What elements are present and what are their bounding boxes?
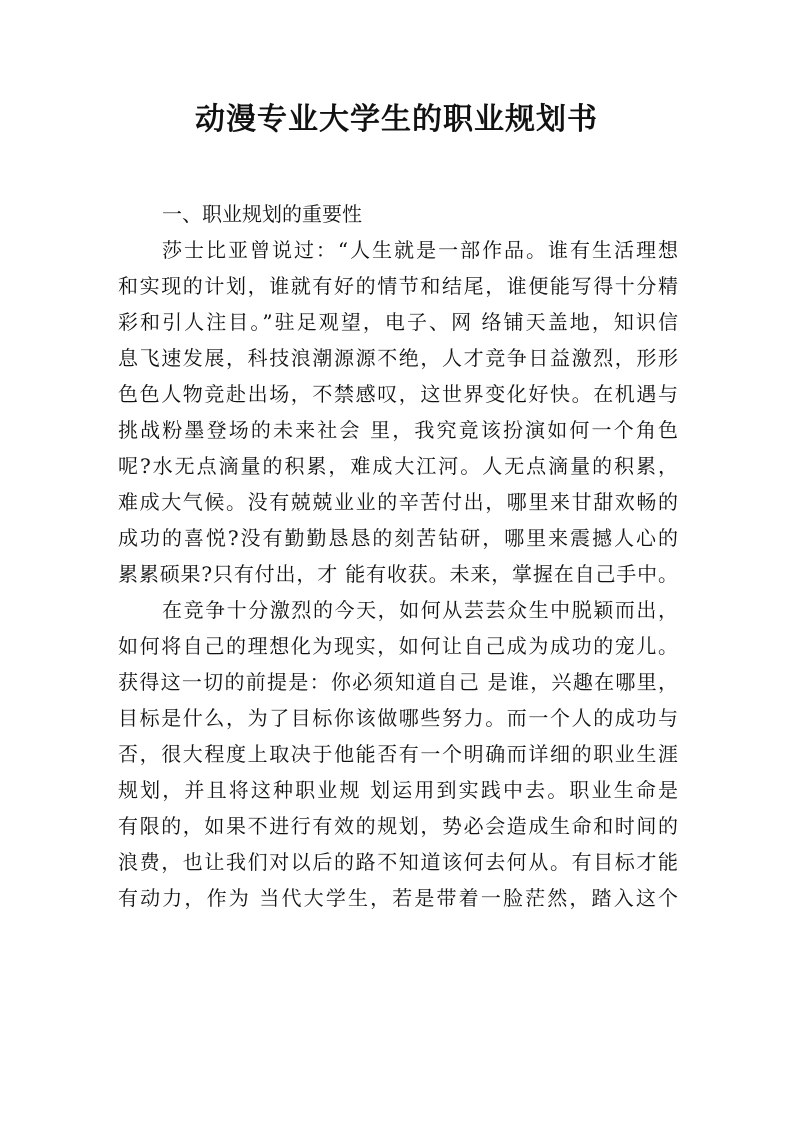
paragraph-line: 在竞争十分激烈的今天，如何从芸芸众生中脱颖而出，	[118, 592, 678, 628]
document-body: 一、职业规划的重要性 莎士比亚曾说过：“人生就是一部作品。谁有生活理想 和实现的…	[118, 196, 678, 916]
paragraph-2: 在竞争十分激烈的今天，如何从芸芸众生中脱颖而出， 如何将自己的理想化为现实，如何…	[118, 592, 678, 916]
paragraph-line: 累累硕果?只有付出，才 能有收获。未来，掌握在自己手中。	[118, 556, 678, 592]
paragraph-line: 规划，并且将这种职业规 划运用到实践中去。职业生命是	[118, 772, 678, 808]
paragraph-line: 如何将自己的理想化为现实，如何让自己成为成功的宠儿。	[118, 628, 678, 664]
paragraph-line: 挑战粉墨登场的未来社会 里，我究竟该扮演如何一个角色	[118, 412, 678, 448]
paragraph-line: 浪费，也让我们对以后的路不知道该何去何从。有目标才能	[118, 844, 678, 880]
paragraph-line: 呢?水无点滴量的积累，难成大江河。人无点滴量的积累，	[118, 448, 678, 484]
paragraph-line: 和实现的计划，谁就有好的情节和结尾，谁便能写得十分精	[118, 268, 678, 304]
paragraph-line: 有限的，如果不进行有效的规划，势必会造成生命和时间的	[118, 808, 678, 844]
paragraph-line: 彩和引人注目。”驻足观望，电子、网 络铺天盖地，知识信	[118, 304, 678, 340]
paragraph-line: 难成大气候。没有兢兢业业的辛苦付出，哪里来甘甜欢畅的	[118, 484, 678, 520]
paragraph-line: 有动力，作为 当代大学生，若是带着一脸茫然，踏入这个	[118, 880, 678, 916]
paragraph-line: 息飞速发展，科技浪潮源源不绝，人才竞争日益激烈，形形	[118, 340, 678, 376]
paragraph-line: 色色人物竞赴出场，不禁感叹，这世界变化好快。在机遇与	[118, 376, 678, 412]
document-title: 动漫专业大学生的职业规划书	[0, 100, 793, 140]
section-heading: 一、职业规划的重要性	[118, 196, 678, 232]
paragraph-line: 获得这一切的前提是：你必须知道自己 是谁，兴趣在哪里，	[118, 664, 678, 700]
paragraph-1: 莎士比亚曾说过：“人生就是一部作品。谁有生活理想 和实现的计划，谁就有好的情节和…	[118, 232, 678, 592]
paragraph-line: 否，很大程度上取决于他能否有一个明确而详细的职业生涯	[118, 736, 678, 772]
paragraph-line: 目标是什么，为了目标你该做哪些努力。而一个人的成功与	[118, 700, 678, 736]
paragraph-line: 莎士比亚曾说过：“人生就是一部作品。谁有生活理想	[118, 232, 678, 268]
document-page: 动漫专业大学生的职业规划书 一、职业规划的重要性 莎士比亚曾说过：“人生就是一部…	[0, 0, 793, 1122]
paragraph-line: 成功的喜悦?没有勤勤恳恳的刻苦钻研，哪里来震撼人心的	[118, 520, 678, 556]
